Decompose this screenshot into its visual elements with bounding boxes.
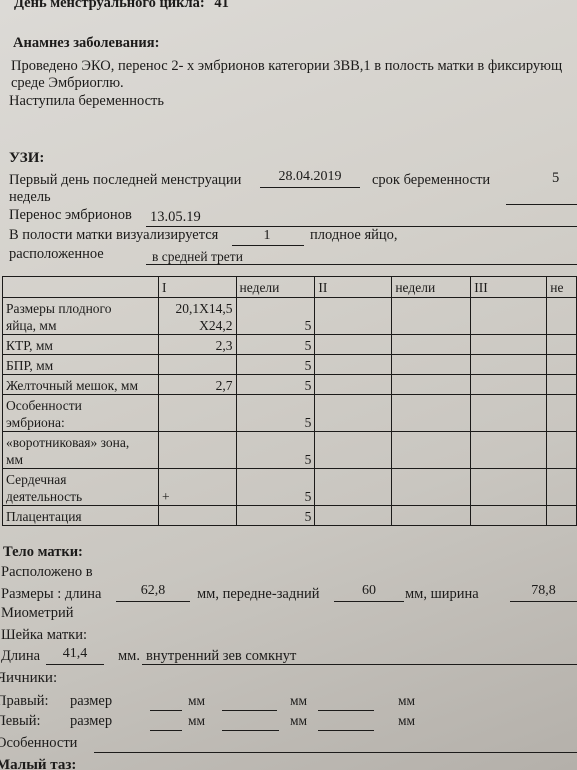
cell-weeks-2 [392,298,471,335]
term-value: 5 [552,170,559,187]
header-cell-iii: III [471,277,547,298]
cell-i-line: 20,1X14,5 [162,300,233,317]
cell-ii-value [315,395,392,432]
cell-ii-value [315,506,392,526]
cell-i-value: + [159,469,237,506]
term-label: срок беременности [372,172,490,189]
uterus-ap-underline [334,601,404,602]
header-cell-ii: II [315,277,392,298]
cell-i-value [159,432,237,469]
uterus-width-value: 78,8 [510,583,577,599]
cell-weeks-1: 5 [236,355,315,375]
ovary-left-size-label: размер [70,713,112,730]
visualized-value: 1 [232,228,302,244]
cell-iii-value [471,506,547,526]
uterus-title: Тело матки: [3,544,83,561]
row-label: «воротниковая» зона,мм [3,432,159,469]
cell-weeks-1: 5 [236,432,315,469]
visualized-suffix: плодное яйцо, [310,227,398,244]
cell-ii-value [315,335,392,355]
cell-iii-value [471,375,547,395]
uterus-length-underline [116,601,190,602]
header-cell-label [3,277,159,298]
row-label: БПР, мм [3,355,159,375]
row-label: Сердечнаядеятельность [3,469,159,506]
cell-weeks-3 [547,298,577,335]
header-cell-weeks-2: недели [392,277,471,298]
row-label-line: Размеры плодного [6,300,155,317]
uterus-length-value: 62,8 [116,583,190,599]
ovary-features-label: Особенности [0,735,77,752]
cell-weeks-2 [392,432,471,469]
cervix-os-underline [142,664,577,665]
row-label-line: деятельность [6,488,155,505]
cell-iii-value [471,469,547,506]
myometrium-label: Миометрий [1,605,74,622]
ovary-right-dim-2 [222,710,277,711]
cell-ii-value [315,469,392,506]
ovary-left-mm-2: мм [290,713,307,729]
cell-weeks-2 [392,469,471,506]
cell-i-line: + [162,488,233,505]
cell-i-line: 2,3 [162,337,233,354]
row-label: Плацентация [3,506,159,526]
uterus-width-label: мм, ширина [405,586,479,603]
row-label-line: Желточный мешок, мм [6,377,155,394]
cell-i-value: 2,3 [159,335,237,355]
row-label: Особенностиэмбриона: [3,395,159,432]
ovary-left-dim-2 [222,730,279,731]
cervix-mm-label: мм. [118,648,140,665]
uterus-ap-label: мм, передне-задний [197,586,320,603]
cycle-day-row: День менструального цикла: 41 [14,0,229,12]
cell-weeks-1: 5 [236,298,315,335]
row-label-line: КТР, мм [6,337,155,354]
cervix-length-underline [46,664,104,665]
cell-weeks-2 [392,375,471,395]
uzi-title: УЗИ: [9,150,44,167]
ovary-right-size-label: размер [70,693,112,710]
row-label: Желточный мешок, мм [3,375,159,395]
term-underline [506,204,577,205]
ovary-features-underline [94,752,577,753]
cervix-length-label: Длина [1,648,40,665]
cell-weeks-1: 5 [236,506,315,526]
ovary-left-label: Левый: [0,713,41,730]
lmp-underline [260,187,360,188]
ovaries-title: Яичники: [0,670,57,687]
cell-weeks-3 [547,335,577,355]
cell-i-value: 2,7 [159,375,237,395]
table-row: БПР, мм5 [3,355,577,375]
ovary-left-dim-3 [318,730,374,731]
cell-iii-value [471,395,547,432]
located-value: в средней трети [152,249,243,265]
ovary-right-dim-3 [318,710,374,711]
table-header-row: I недели II недели III не [3,277,577,298]
cell-ii-value [315,432,392,469]
table-row: Желточный мешок, мм2,75 [3,375,577,395]
cell-iii-value [471,335,547,355]
cell-iii-value [471,298,547,335]
cervix-title: Шейка матки: [1,627,87,644]
row-label-line: Плацентация [6,508,155,525]
table-row: Плацентация5 [3,506,577,526]
cell-weeks-2 [392,355,471,375]
pelvis-title: Малый таз: [0,757,76,770]
cell-iii-value [471,355,547,375]
header-cell-i: I [159,277,237,298]
uterus-width-underline [510,601,577,602]
header-cell-weeks-1: недели [236,277,315,298]
row-label-line: мм [6,451,155,468]
cell-weeks-2 [392,395,471,432]
cell-iii-value [471,432,547,469]
uterus-size-label: Размеры : длина [1,586,101,603]
row-label-line: Сердечная [6,471,155,488]
cell-weeks-1: 5 [236,395,315,432]
row-label-line: эмбриона: [6,414,155,431]
cell-i-value: 20,1X14,5X24,2 [159,298,237,335]
lmp-value: 28.04.2019 [260,169,360,185]
cell-weeks-1: 5 [236,469,315,506]
cell-i-line: X24,2 [162,317,233,334]
row-label: КТР, мм [3,335,159,355]
table-row: Сердечнаядеятельность+5 [3,469,577,506]
ovary-left-mm-3: мм [398,713,415,729]
cell-ii-value [315,355,392,375]
cycle-day-label: День менструального цикла: [14,0,205,11]
cell-i-line: 2,7 [162,377,233,394]
table-row: Размеры плодногояйца, мм20,1X14,5X24,25 [3,298,577,335]
table-row: Особенностиэмбриона:5 [3,395,577,432]
ovary-right-label: Правый: [0,693,49,710]
row-label-line: «воротниковая» зона, [6,434,155,451]
cell-weeks-3 [547,506,577,526]
cell-i-value [159,506,237,526]
weeks-label: недель [9,189,51,206]
cell-weeks-2 [392,506,471,526]
uterus-ap-value: 60 [334,583,404,599]
cell-ii-value [315,375,392,395]
visualized-underline [232,245,304,246]
cell-weeks-3 [547,375,577,395]
ovary-left-mm-1: мм [188,713,205,729]
cell-ii-value [315,298,392,335]
anamnesis-line-2: среде Эмбриоглю. [11,75,124,92]
anamnesis-line-1: Проведено ЭКО, перенос 2- х эмбрионов ка… [11,58,562,75]
cell-weeks-2 [392,335,471,355]
cervix-os-value: внутренний зев сомкнут [146,648,296,665]
cycle-day-value: 41 [214,0,229,11]
lmp-label: Первый день последней менструации [9,172,241,189]
located-label: расположенное [9,246,104,263]
ovary-right-mm-3: мм [398,693,415,709]
visualized-label: В полости матки визуализируется [9,227,218,244]
located-underline [146,264,577,265]
row-label: Размеры плодногояйца, мм [3,298,159,335]
row-label-line: яйца, мм [6,317,155,334]
cell-weeks-3 [547,432,577,469]
transfer-label: Перенос эмбрионов [9,207,132,224]
ovary-right-mm-2: мм [290,693,307,709]
header-cell-weeks-3: не [547,277,577,298]
anamnesis-title: Анамнез заболевания: [13,35,159,52]
anamnesis-line-3: Наступила беременность [9,93,164,110]
row-label-line: Особенности [6,397,155,414]
cell-weeks-3 [547,395,577,432]
cervix-length-value: 41,4 [46,646,104,662]
cell-weeks-1: 5 [236,375,315,395]
ultrasound-report-page: День менструального цикла: 41 Анамнез за… [0,0,577,770]
uterus-position-label: Расположено в [1,564,93,581]
ovary-left-dim-1 [150,730,182,731]
table-row: «воротниковая» зона,мм5 [3,432,577,469]
cell-i-value [159,395,237,432]
ultrasound-table: I недели II недели III не Размеры плодно… [2,276,577,526]
transfer-value: 13.05.19 [150,209,201,226]
cell-weeks-3 [547,355,577,375]
ovary-right-dim-1 [150,710,182,711]
ovary-right-mm-1: мм [188,693,205,709]
table-row: КТР, мм2,35 [3,335,577,355]
cell-i-value [159,355,237,375]
cell-weeks-3 [547,469,577,506]
row-label-line: БПР, мм [6,357,155,374]
cell-weeks-1: 5 [236,335,315,355]
